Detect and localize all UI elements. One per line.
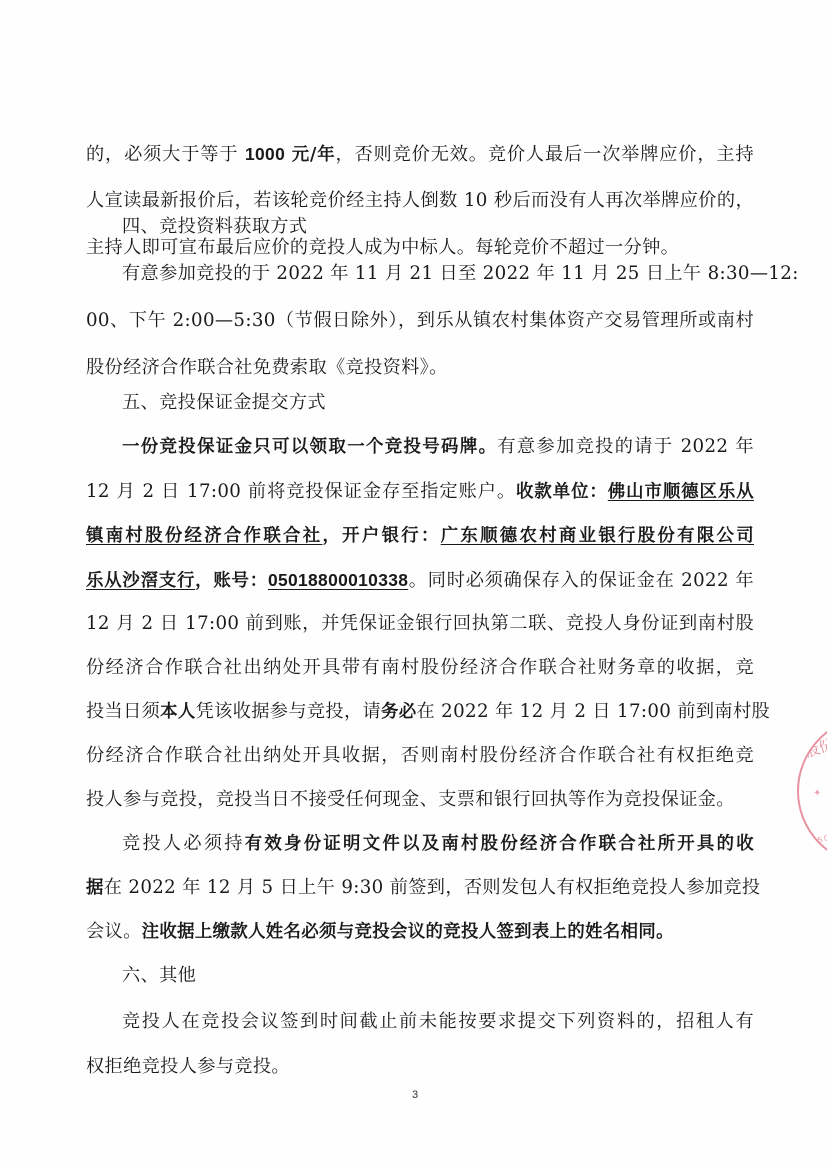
red-seal-stamp: 股份 ✦ 0150 bbox=[797, 716, 827, 866]
paragraph-line: 据在 2022 年 12 月 5 日上午 9:30 前签到，否则发包人有权拒绝竞… bbox=[86, 873, 754, 903]
text: 在 2022 年 12 月 2 日 17:00 前到南村股 bbox=[417, 701, 771, 722]
text: 股份经济合作联合社免费索取《竞投资料》。 bbox=[86, 357, 448, 378]
bold-text: 一份竞投保证金只可以领取一个竞投号码牌。 bbox=[122, 437, 497, 457]
text: 12 月 2 日 17:00 前到账，并凭保证金银行回执第二联、竞投人身份证到南… bbox=[86, 613, 754, 634]
bank-name: 广东顺德农村商业银行股份有限公司 bbox=[441, 526, 754, 546]
paragraph-line: 份经济合作联合社出纳处开具带有南村股份经济合作联合社财务章的收据，竞 bbox=[86, 653, 754, 683]
payee-name: 镇南村股份经济合作联合社 bbox=[86, 526, 322, 546]
heading-text: 四、竞投资料获取方式 bbox=[122, 216, 307, 237]
text: 份经济合作联合社出纳处开具带有南村股份经济合作联合社财务章的收据，竞 bbox=[86, 657, 754, 678]
paragraph-line: 投人参与竞投，竞投当日不接受任何现金、支票和银行回执等作为竞投保证金。 bbox=[86, 785, 754, 815]
bold-label: ，开户银行： bbox=[322, 526, 440, 546]
section-heading-6: 六、其他 bbox=[122, 961, 754, 991]
paragraph-line: 股份经济合作联合社免费索取《竞投资料》。 bbox=[86, 353, 754, 383]
text: 12 月 2 日 17:00 前将竞投保证金存至指定账户。 bbox=[86, 481, 516, 502]
bold-text: 据 bbox=[86, 878, 104, 898]
text: 竞投人必须持 bbox=[122, 833, 245, 854]
paragraph-line: 12 月 2 日 17:00 前到账，并凭保证金银行回执第二联、竞投人身份证到南… bbox=[86, 609, 754, 639]
page-number: 3 bbox=[405, 1089, 425, 1101]
text: 投当日须 bbox=[86, 701, 160, 722]
text: 人宣读最新报价后，若该轮竞价经主持人倒数 10 秒后而没有人再次举牌应价的， bbox=[86, 190, 754, 211]
bank-branch: 乐从沙滘支行 bbox=[86, 571, 195, 591]
bold-text: 有效身份证明文件以及南村股份经济合作联合社所开具的收 bbox=[245, 834, 754, 854]
paragraph-line: 的，必须大于等于 1000 元/年，否则竞价无效。竞价人最后一次举牌应价，主持 bbox=[86, 139, 754, 169]
paragraph-line: 会议。注收据上缴款人姓名必须与竞投会议的竞投人签到表上的姓名相同。 bbox=[86, 917, 754, 947]
paragraph-line: 12 月 2 日 17:00 前将竞投保证金存至指定账户。收款单位：佛山市顺德区… bbox=[86, 477, 754, 507]
text: ，否则竞价无效。竞价人最后一次举牌应价，主持 bbox=[335, 144, 754, 165]
bold-text: 本人 bbox=[160, 702, 195, 722]
payee-name: 佛山市顺德区乐从 bbox=[608, 482, 754, 502]
paragraph-line: 00、下午 2:00—5:30（节假日除外），到乐从镇农村集体资产交易管理所或南… bbox=[86, 306, 754, 336]
text: 。同时必须确保存入的保证金在 2022 年 bbox=[408, 570, 754, 591]
text: 00、下午 2:00—5:30（节假日除外），到乐从镇农村集体资产交易管理所或南… bbox=[86, 310, 754, 331]
paragraph-line: 乐从沙滘支行，账号：05018800010338。同时必须确保存入的保证金在 2… bbox=[86, 565, 754, 595]
heading-text: 五、竞投保证金提交方式 bbox=[122, 392, 326, 413]
text: 投人参与竞投，竞投当日不接受任何现金、支票和银行回执等作为竞投保证金。 bbox=[86, 789, 735, 810]
bold-unit: 元/年 bbox=[292, 145, 336, 165]
paragraph-line: 竞投人在竞投会议签到时间截止前未能按要求提交下列资料的，招租人有 bbox=[122, 1007, 754, 1037]
heading-text: 六、其他 bbox=[122, 965, 196, 986]
text: 权拒绝竞投人参与竞投。 bbox=[86, 1056, 290, 1077]
document-page: 的，必须大于等于 1000 元/年，否则竞价无效。竞价人最后一次举牌应价，主持 … bbox=[0, 0, 827, 1169]
stamp-text: 股份 bbox=[802, 734, 827, 762]
bold-amount: 1000 bbox=[245, 144, 285, 164]
section-heading-4: 四、竞投资料获取方式 bbox=[122, 212, 754, 242]
bold-label: 收款单位： bbox=[516, 482, 608, 502]
stamp-star-icon: ✦ bbox=[813, 788, 821, 799]
text: 有意参加竞投的请于 2022 年 bbox=[497, 436, 754, 457]
account-number: 05018800010338 bbox=[268, 570, 408, 590]
section-heading-5: 五、竞投保证金提交方式 bbox=[122, 388, 754, 418]
text: 凭该收据参与竞投，请 bbox=[196, 701, 381, 722]
text: 份经济合作联合社出纳处开具收据，否则南村股份经济合作联合社有权拒绝竞 bbox=[86, 745, 754, 766]
paragraph-line: 份经济合作联合社出纳处开具收据，否则南村股份经济合作联合社有权拒绝竞 bbox=[86, 741, 754, 771]
text: 会议。 bbox=[86, 921, 142, 942]
text: 有意参加竞投的于 2022 年 11 月 21 日至 2022 年 11 月 2… bbox=[122, 263, 799, 284]
stamp-code: 0150 bbox=[804, 833, 827, 848]
bold-label: ，账号： bbox=[195, 571, 268, 591]
paragraph-line: 一份竞投保证金只可以领取一个竞投号码牌。有意参加竞投的请于 2022 年 bbox=[122, 432, 754, 462]
text: 的，必须大于等于 bbox=[86, 144, 238, 165]
text: 在 2022 年 12 月 5 日上午 9:30 前签到，否则发包人有权拒绝竞投… bbox=[104, 877, 761, 898]
paragraph-line: 竞投人必须持有效身份证明文件以及南村股份经济合作联合社所开具的收 bbox=[122, 829, 754, 859]
paragraph-line: 投当日须本人凭该收据参与竞投，请务必在 2022 年 12 月 2 日 17:0… bbox=[86, 697, 754, 727]
paragraph-line: 有意参加竞投的于 2022 年 11 月 21 日至 2022 年 11 月 2… bbox=[122, 259, 754, 289]
text: 竞投人在竞投会议签到时间截止前未能按要求提交下列资料的，招租人有 bbox=[122, 1011, 754, 1032]
paragraph-line: 镇南村股份经济合作联合社，开户银行：广东顺德农村商业银行股份有限公司 bbox=[86, 521, 754, 551]
bold-text: 务必 bbox=[381, 702, 416, 722]
paragraph-line: 权拒绝竞投人参与竞投。 bbox=[86, 1052, 754, 1082]
bold-text: 注收据上缴款人姓名必须与竞投会议的竞投人签到表上的姓名相同。 bbox=[142, 922, 674, 942]
